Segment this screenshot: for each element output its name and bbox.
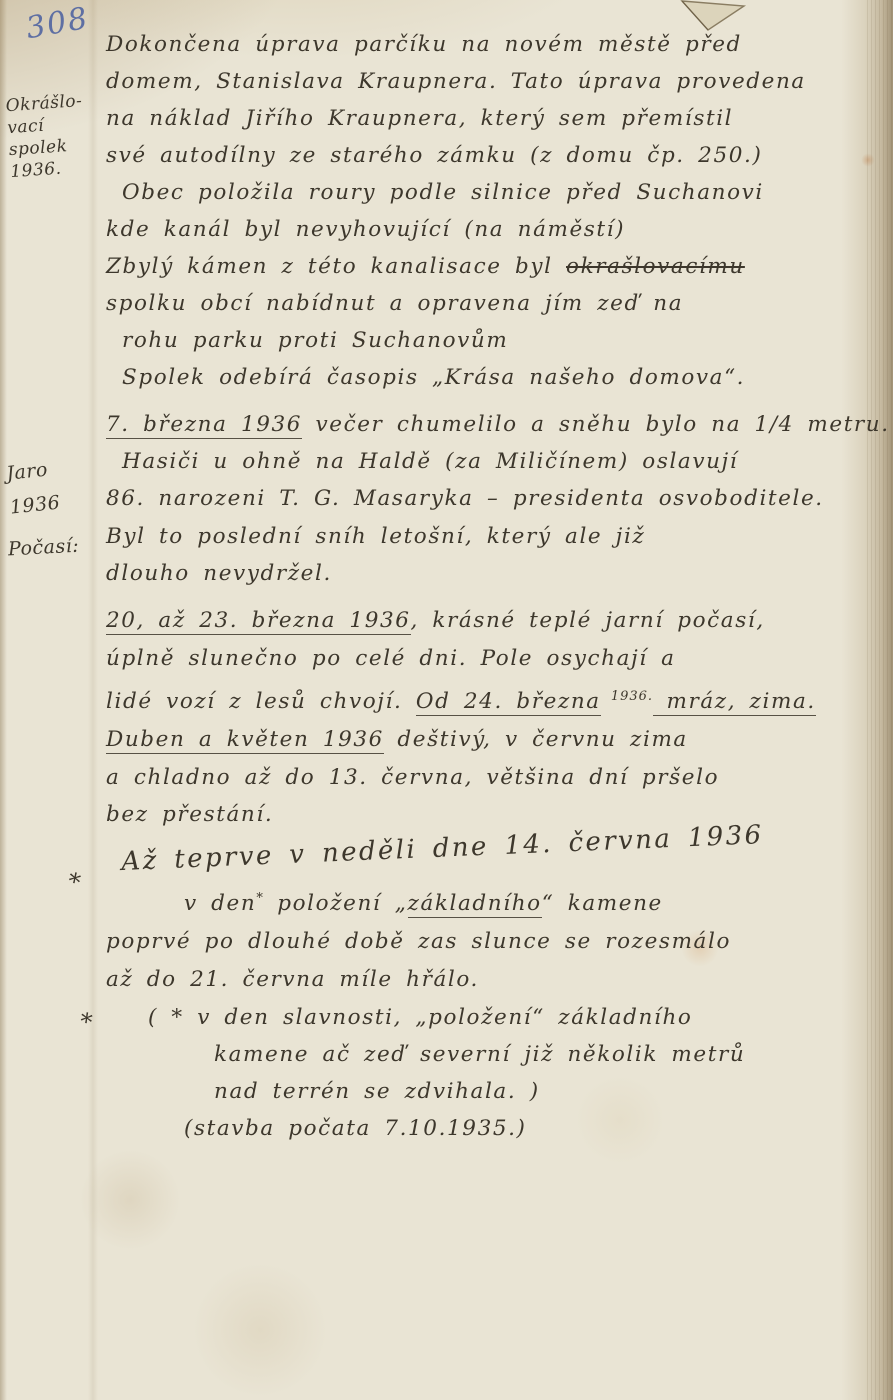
text-segment: * [256,891,264,906]
margin-note-pocasi: Počasí: [7,534,100,561]
text-segment: Až teprve v neděli dne 14. června 1936 [121,820,764,877]
text-segment: nad terrén se zdvihala. ) [214,1079,540,1104]
text-line: úplně slunečno po celé dni. Pole osychaj… [106,646,866,672]
book-page-edge [867,0,893,1400]
text-segment: a chladno až do 13. června, většina dní … [106,765,719,790]
text-segment: rohu parku proti Suchanovům [122,328,508,353]
footnote-star-icon: * [78,1007,94,1036]
page-number: 308 [23,1,91,46]
text-segment: 20, až 23. března 1936 [106,608,411,635]
text-segment: poprvé po dlouhé době zas slunce se roze… [106,929,731,954]
text-segment: základního [408,891,542,918]
text-line: v den* položení „základního“ kamene [184,886,866,917]
text-line: Obec položila roury podle silnice před S… [122,180,866,206]
text-line: ( * v den slavnosti, „položení“ základní… [148,1005,866,1031]
text-line: až do 21. června míle hřálo. [106,967,866,993]
text-segment: Spolek odebírá časopis „Krása našeho dom… [122,365,745,390]
text-segment: okrašlovacímu [566,254,745,279]
text-segment: 1936. [601,689,653,704]
margin-note-jaro-1936: Jaro 1936 [5,447,104,524]
text-segment: kamene ač zeď severní již několik metrů [214,1042,745,1067]
text-segment: ( * v den slavnosti, „položení“ základní… [148,1005,692,1030]
text-line: spolku obcí nabídnut a opravena jím zeď … [106,291,866,317]
folded-corner-sketch-icon [668,0,758,34]
text-line: lidé vozí z lesů chvojí. Od 24. března 1… [106,684,866,715]
text-segment: (stavba počata 7.10.1935.) [184,1116,527,1141]
text-segment: Zbylý kámen z této kanalisace byl [106,254,566,279]
text-line: Zbylý kámen z této kanalisace byl okrašl… [106,254,866,280]
text-line: 20, až 23. března 1936, krásné teplé jar… [106,608,866,634]
text-line: Dokončena úprava parčíku na novém městě … [106,32,866,58]
text-segment: domem, Stanislava Kraupnera. Tato úprava… [106,69,806,94]
text-line: 7. března 1936 večer chumelilo a sněhu b… [106,412,866,438]
text-line: nad terrén se zdvihala. ) [214,1079,866,1105]
margin-note-okraslovaci-spolek: Okrášlo- vací spolek 1936. [5,89,103,183]
text-line: domem, Stanislava Kraupnera. Tato úprava… [106,69,866,95]
text-segment: v den [184,891,256,916]
text-line: rohu parku proti Suchanovům [122,328,866,354]
text-segment: Od 24. března [416,689,601,716]
text-segment: kde kanál byl nevyhovující (na náměstí) [106,217,625,242]
text-line: dlouho nevydržel. [106,561,866,587]
text-line: poprvé po dlouhé době zas slunce se roze… [106,929,866,955]
text-segment: své autodílny ze starého zámku (z domu č… [106,143,762,168]
text-segment: Hasiči u ohně na Haldě (za Miličínem) os… [122,449,738,474]
text-segment: spolku obcí nabídnut a opravena jím zeď … [106,291,683,316]
text-segment: na náklad Jiřího Kraupnera, který sem př… [106,106,733,131]
text-segment: Duben a květen 1936 [106,727,384,754]
text-line: kamene ač zeď severní již několik metrů [214,1042,866,1068]
text-segment: 86. narozeni T. G. Masaryka – presidenta… [106,486,824,511]
text-line: na náklad Jiřího Kraupnera, který sem př… [106,106,866,132]
text-segment: až do 21. června míle hřálo. [106,967,479,992]
text-segment: Dokončena úprava parčíku na novém městě … [106,32,742,57]
text-line: a chladno až do 13. června, většina dní … [106,765,866,791]
text-segment: položení „ [264,891,408,916]
text-segment: “ kamene [542,891,663,916]
text-line: Byl to poslední sníh letošní, který ale … [106,524,866,550]
text-segment: úplně slunečno po celé dni. Pole osychaj… [106,646,676,671]
text-segment: mráz, zima. [653,689,816,716]
text-line: Spolek odebírá časopis „Krása našeho dom… [122,365,866,391]
handwritten-text-block: Dokončena úprava parčíku na novém městě … [106,32,866,1153]
text-segment: Byl to poslední sníh letošní, který ale … [106,524,645,549]
text-line: 86. narozeni T. G. Masaryka – presidenta… [106,486,866,512]
text-segment: bez přestání. [106,802,273,827]
text-segment: , krásné teplé jarní počasí, [411,608,765,633]
text-segment: lidé vozí z lesů chvojí. [106,689,416,714]
text-segment: Obec položila roury podle silnice před S… [122,180,764,205]
text-segment: 7. března 1936 [106,412,302,439]
text-line: kde kanál byl nevyhovující (na náměstí) [106,217,866,243]
text-line: své autodílny ze starého zámku (z domu č… [106,143,866,169]
text-line: Duben a květen 1936 deštivý, v červnu zi… [106,727,866,753]
footnote-star-icon: * [65,867,83,897]
chronicle-page: 308 Okrášlo- vací spolek 1936. Jaro 1936… [0,0,893,1400]
text-segment: večer chumelilo a sněhu bylo na 1/4 metr… [302,412,890,437]
text-segment: deštivý, v červnu zima [384,727,688,752]
text-line: Hasiči u ohně na Haldě (za Miličínem) os… [122,449,866,475]
text-segment: dlouho nevydržel. [106,561,332,586]
text-line: (stavba počata 7.10.1935.) [184,1116,866,1142]
